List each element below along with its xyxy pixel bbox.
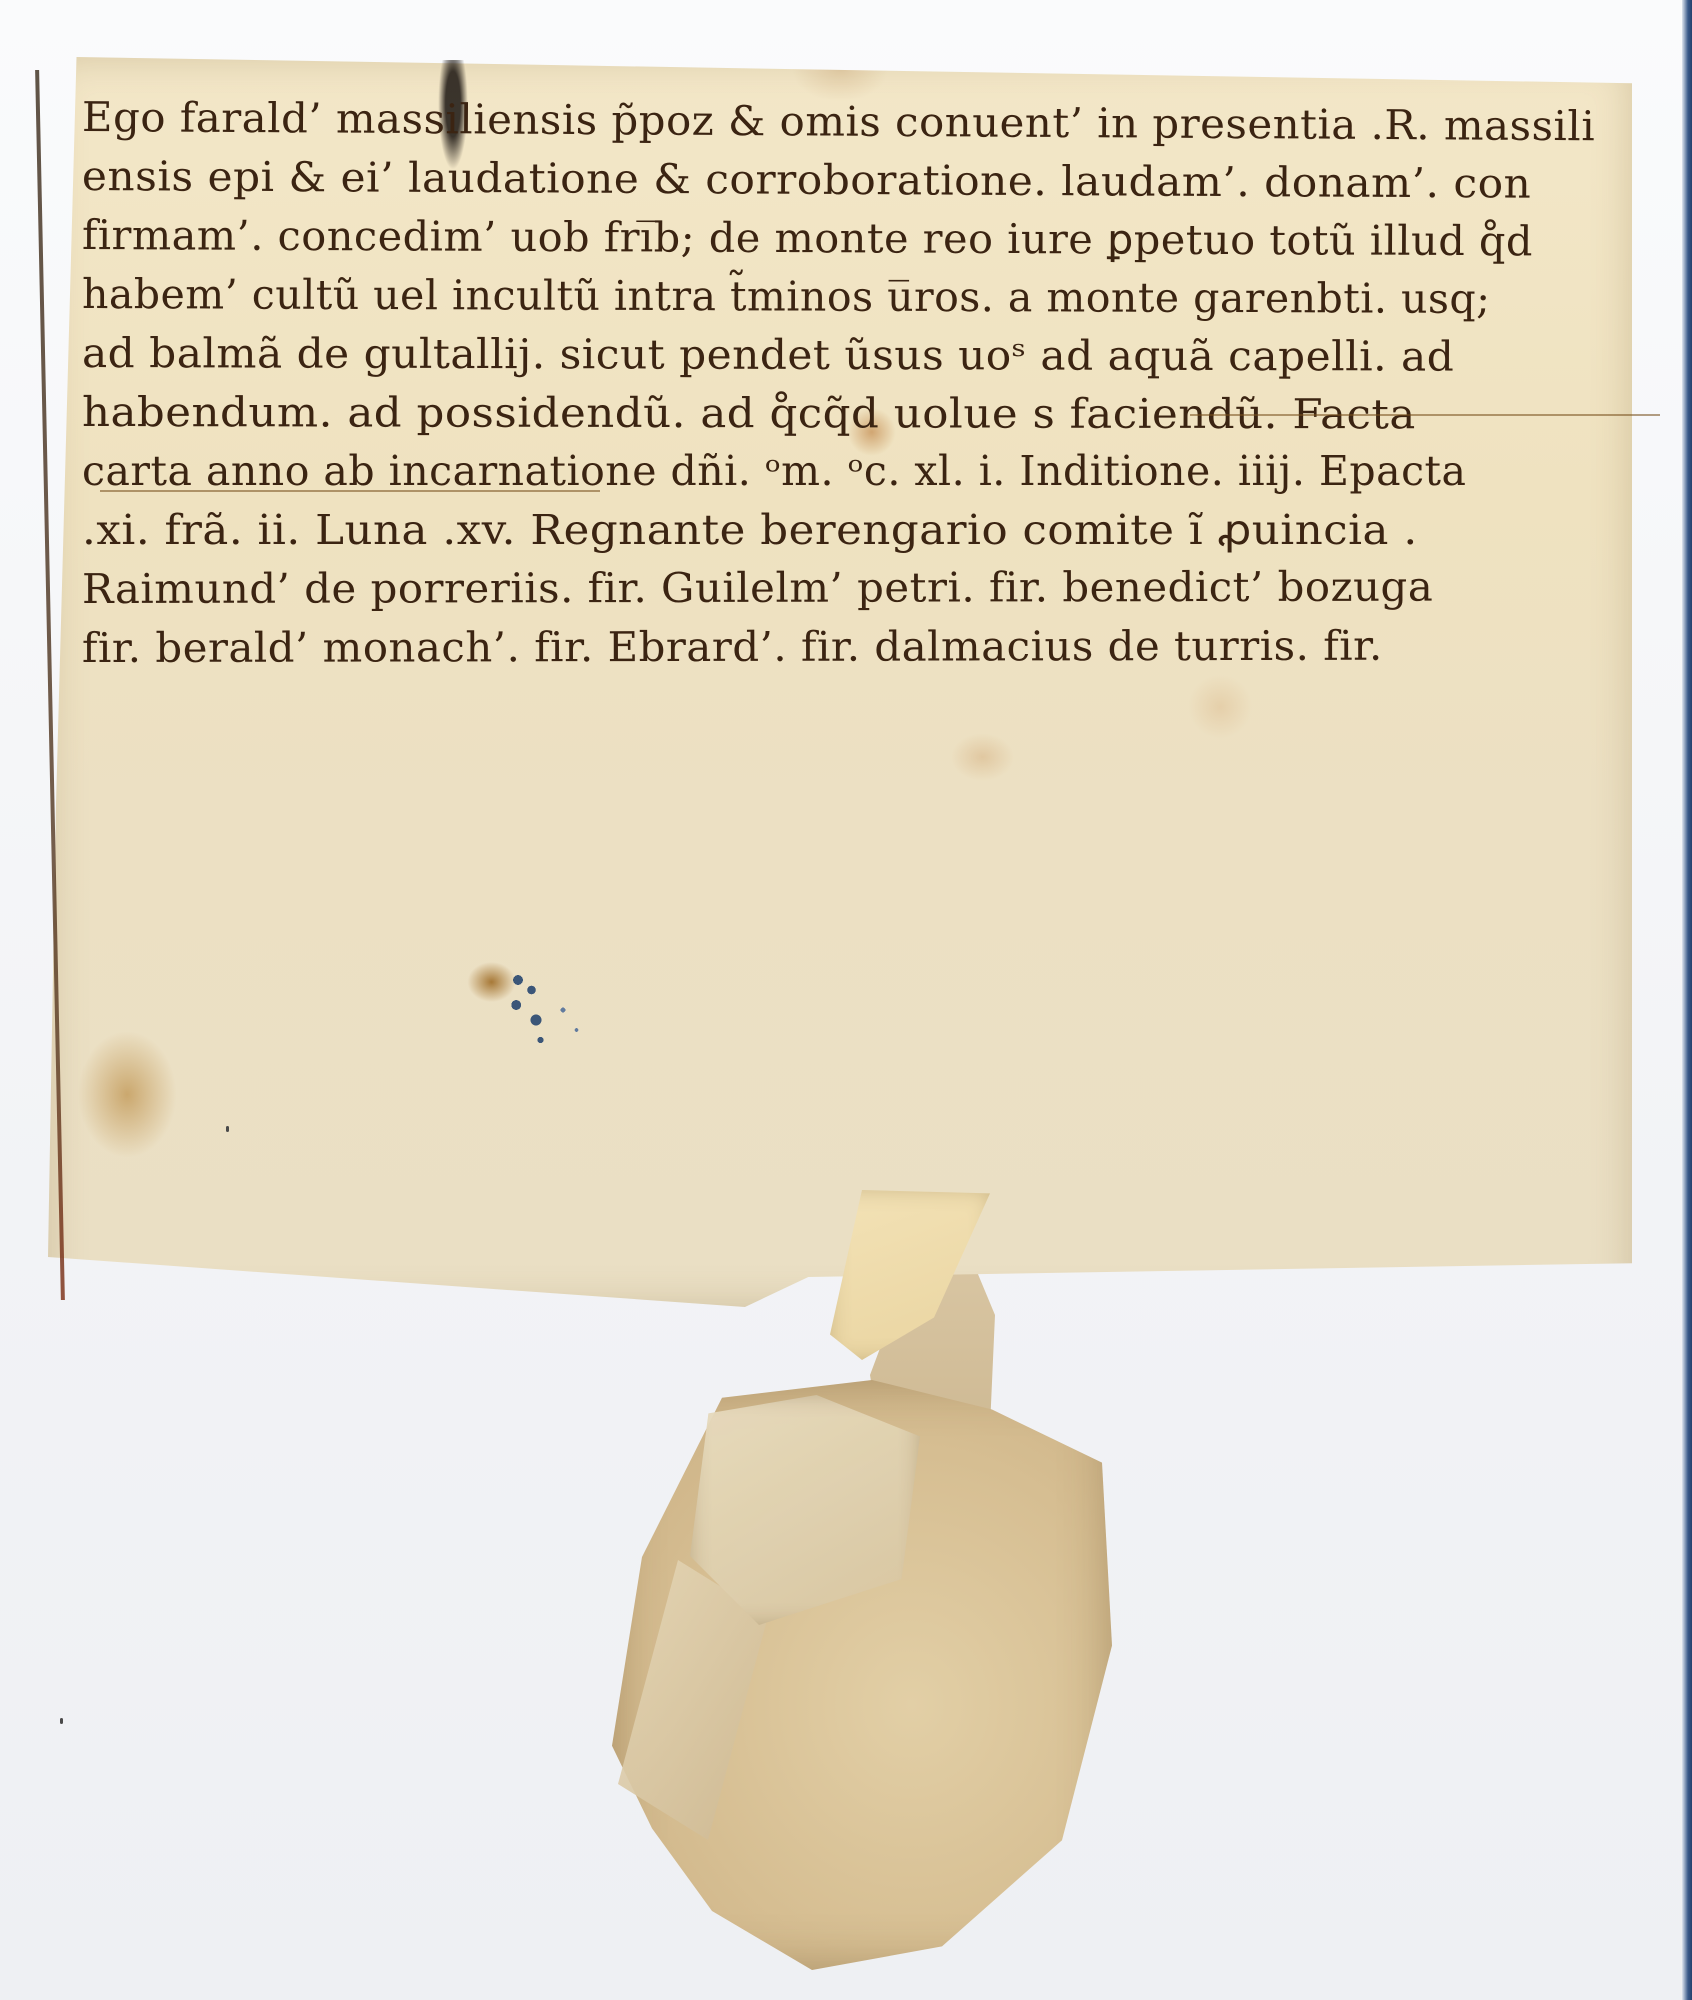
speck-mark bbox=[226, 1126, 229, 1132]
text-line-4: habem’ cultũ uel incultũ intra t̃minos u… bbox=[82, 265, 1662, 330]
text-line-2: ensis epi & ei’ laudatione & corroborati… bbox=[82, 147, 1692, 215]
charter-text: Ego farald’ massiliensis p̃poz & omis co… bbox=[82, 88, 1662, 678]
text-line-10: fir. berald’ monach’. fir. Ebrard’. fir.… bbox=[82, 616, 1692, 678]
text-line-8: .xi. frã. ii. Luna .xv. Regnante berenga… bbox=[82, 501, 1692, 560]
ruled-line bbox=[100, 490, 600, 492]
text-line-7: carta anno ab incarnatione dñi. ᵒm. ᵒc. … bbox=[82, 442, 1662, 501]
speck-mark bbox=[60, 1718, 63, 1724]
text-line-3: firmam’. concedim’ uob fri̅b; de monte r… bbox=[82, 206, 1678, 272]
scanner-edge-strip bbox=[1682, 0, 1692, 2000]
text-line-5: ad balmã de gultallij. sicut pendet ũsus… bbox=[82, 324, 1692, 387]
blue-ink-specks bbox=[500, 960, 590, 1060]
ruled-line bbox=[1190, 414, 1660, 416]
text-line-1: Ego farald’ massiliensis p̃poz & omis co… bbox=[82, 88, 1692, 157]
text-line-9: Raimund’ de porreriis. fir. Guilelm’ pet… bbox=[82, 557, 1692, 619]
